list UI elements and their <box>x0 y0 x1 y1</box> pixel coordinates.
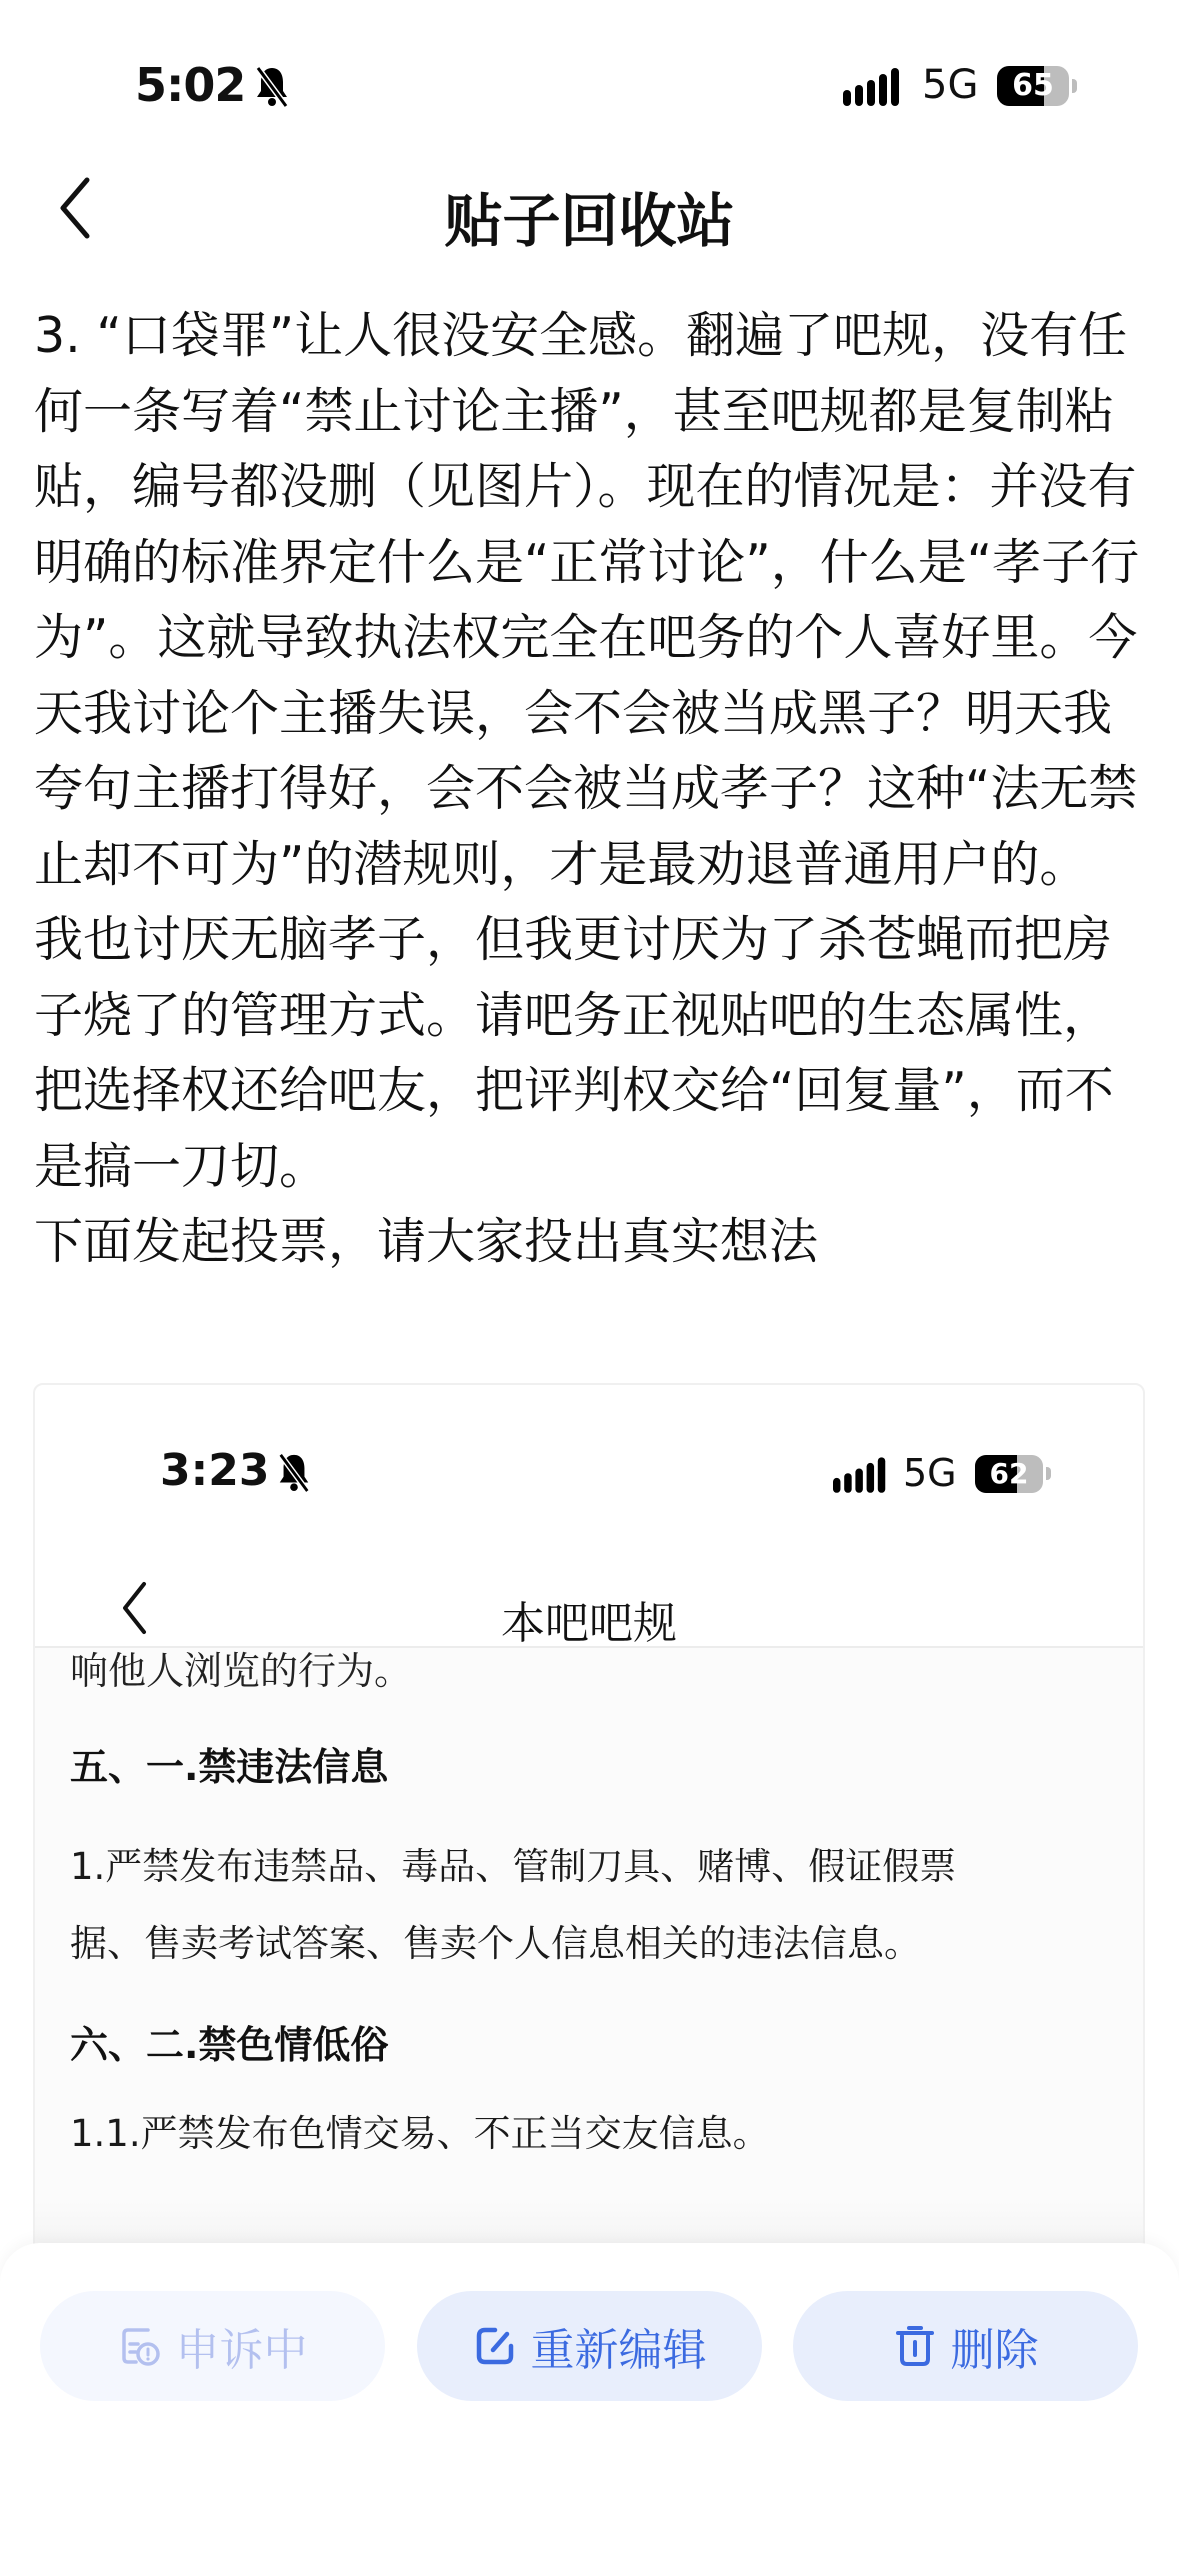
rule-text: 1.1.严禁发布色情交易、不正当交友信息。 <box>70 2103 770 2157</box>
rule-text: 响他人浏览的行为。 <box>70 1640 412 1695</box>
re-edit-label: 重新编辑 <box>531 2314 707 2378</box>
signal-icon <box>833 1457 889 1495</box>
appeal-button[interactable]: 申诉中 <box>40 2291 385 2401</box>
post-paragraph: 3. “口袋罪”让人很没安全感。翻遍了吧规，没有任何一条写着“禁止讨论主播”，甚… <box>34 298 1149 902</box>
rule-heading: 六、二.禁色情低俗 <box>70 2014 388 2069</box>
status-bar: 5:02 5G 65 <box>0 0 1179 150</box>
delete-label: 删除 <box>951 2314 1039 2378</box>
embedded-screenshot[interactable]: 3:23 5G 62 本吧吧规 响他人浏览的行为。 五、一.禁违法信息 1.严禁 <box>33 1383 1145 2263</box>
post-paragraph: 我也讨厌无脑孝子，但我更讨厌为了杀苍蝇而把房子烧了的管理方式。请吧务正视贴吧的生… <box>34 902 1149 1204</box>
network-type: 5G <box>922 62 978 108</box>
re-edit-button[interactable]: 重新编辑 <box>417 2291 762 2401</box>
battery-level: 65 <box>997 68 1069 103</box>
embedded-rules-content: 响他人浏览的行为。 五、一.禁违法信息 1.严禁发布违禁品、毒品、管制刀具、赌博… <box>35 1648 1143 2261</box>
embedded-nav-bar: 本吧吧规 <box>35 1545 1143 1648</box>
appeal-label: 申诉中 <box>176 2314 308 2378</box>
rule-heading: 五、一.禁违法信息 <box>70 1736 388 1791</box>
bottom-action-bar: 申诉中 重新编辑 删除 <box>0 2243 1179 2556</box>
post-paragraph: 下面发起投票，请大家投出真实想法 <box>34 1204 1149 1280</box>
battery-icon: 62 <box>975 1455 1043 1493</box>
bell-muted-icon <box>252 64 292 108</box>
nav-bar: 贴子回收站 <box>0 150 1179 270</box>
post-body: 3. “口袋罪”让人很没安全感。翻遍了吧规，没有任何一条写着“禁止讨论主播”，甚… <box>34 298 1149 1280</box>
appeal-pending-icon <box>118 2324 162 2368</box>
embedded-status-bar: 3:23 5G 62 <box>35 1385 1143 1545</box>
battery-tip <box>1046 1467 1051 1480</box>
status-time: 5:02 <box>135 58 245 112</box>
battery-tip <box>1072 79 1077 93</box>
rule-text: 据、售卖考试答案、售卖个人信息相关的违法信息。 <box>70 1913 921 1967</box>
rule-text: 1.严禁发布违禁品、毒品、管制刀具、赌博、假证假票 <box>70 1836 956 1890</box>
edit-icon <box>473 2324 517 2368</box>
page-title: 贴子回收站 <box>0 174 1179 258</box>
bell-muted-icon <box>275 1451 313 1493</box>
battery-icon: 65 <box>997 66 1069 106</box>
signal-icon <box>843 68 903 108</box>
embedded-status-time: 3:23 <box>160 1445 269 1496</box>
trash-icon <box>893 2324 937 2368</box>
embedded-battery-level: 62 <box>975 1457 1043 1490</box>
embedded-network-type: 5G <box>903 1451 957 1495</box>
delete-button[interactable]: 删除 <box>793 2291 1138 2401</box>
